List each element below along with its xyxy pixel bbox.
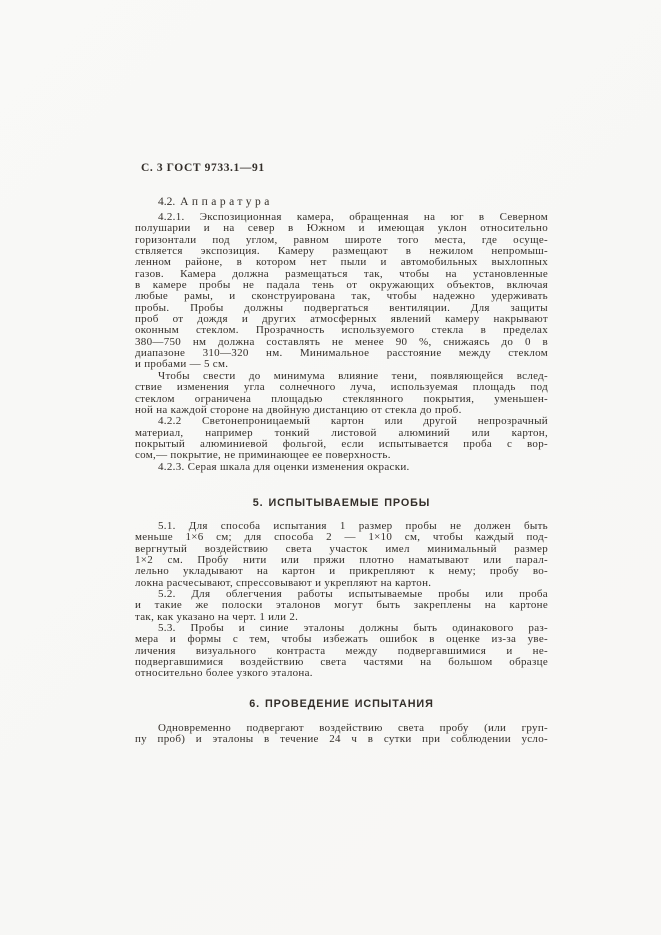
- text-line: меньше 1×6 см; для способа 2 — 1×10 см, …: [135, 532, 548, 543]
- text-line: сом,— покрытие, не приминающее ее поверх…: [135, 450, 548, 461]
- paragraph-4-2-3: 4.2.3. Серая шкала для оценки изменения …: [135, 462, 548, 473]
- text-line: относительно более узкого эталона.: [135, 668, 548, 679]
- section-6-body: Одновременно подвергают воздействию свет…: [135, 723, 548, 746]
- section-5-heading: 5. ИСПЫТЫВАЕМЫЕ ПРОБЫ: [135, 497, 548, 509]
- text-line: мера и формы с тем, чтобы избежать ошибо…: [135, 634, 548, 645]
- paragraph-5-1: 5.1. Для способа испытания 1 размер проб…: [135, 521, 548, 589]
- subheading-apparatus: 4.2. Аппаратура: [158, 196, 548, 209]
- page-header: С. 3 ГОСТ 9733.1—91: [141, 162, 548, 175]
- paragraph-4-2-1: 4.2.1. Экспозиционная камера, обращенная…: [135, 212, 548, 371]
- section-4-body: 4.2.1. Экспозиционная камера, обращенная…: [135, 212, 548, 473]
- text-line: полушарии и на север в Южном и имеющая у…: [135, 223, 548, 234]
- section-5-body: 5.1. Для способа испытания 1 размер проб…: [135, 521, 548, 680]
- text-column: С. 3 ГОСТ 9733.1—91 4.2. Аппаратура 4.2.…: [135, 0, 548, 745]
- subheading-title: Аппаратура: [180, 196, 273, 208]
- paragraph-6-intro: Одновременно подвергают воздействию свет…: [135, 723, 548, 746]
- text-line: 4.2.2 Светонепроницаемый картон или друг…: [135, 416, 548, 427]
- text-line: пу проб) и эталоны в течение 24 ч в сутк…: [135, 734, 548, 745]
- document-page: С. 3 ГОСТ 9733.1—91 4.2. Аппаратура 4.2.…: [0, 0, 661, 935]
- paragraph-5-3: 5.3. Пробы и синие эталоны должны быть о…: [135, 623, 548, 680]
- text-line: и такие же полоски эталонов могут быть з…: [135, 600, 548, 611]
- text-line: лельно укладывают на картон и прикрепляю…: [135, 566, 548, 577]
- section-6-heading: 6. ПРОВЕДЕНИЕ ИСПЫТАНИЯ: [135, 698, 548, 710]
- text-line: ствие изменения угла солнечного луча, ис…: [135, 382, 548, 393]
- paragraph-4-2-2: 4.2.2 Светонепроницаемый картон или друг…: [135, 416, 548, 461]
- paragraph-5-2: 5.2. Для облегчения работы испытываемые …: [135, 589, 548, 623]
- paragraph-shadow-note: Чтобы свести до минимума влияние тени, п…: [135, 371, 548, 416]
- text-line: 4.2.3. Серая шкала для оценки изменения …: [135, 462, 548, 473]
- subheading-number: 4.2.: [158, 196, 175, 208]
